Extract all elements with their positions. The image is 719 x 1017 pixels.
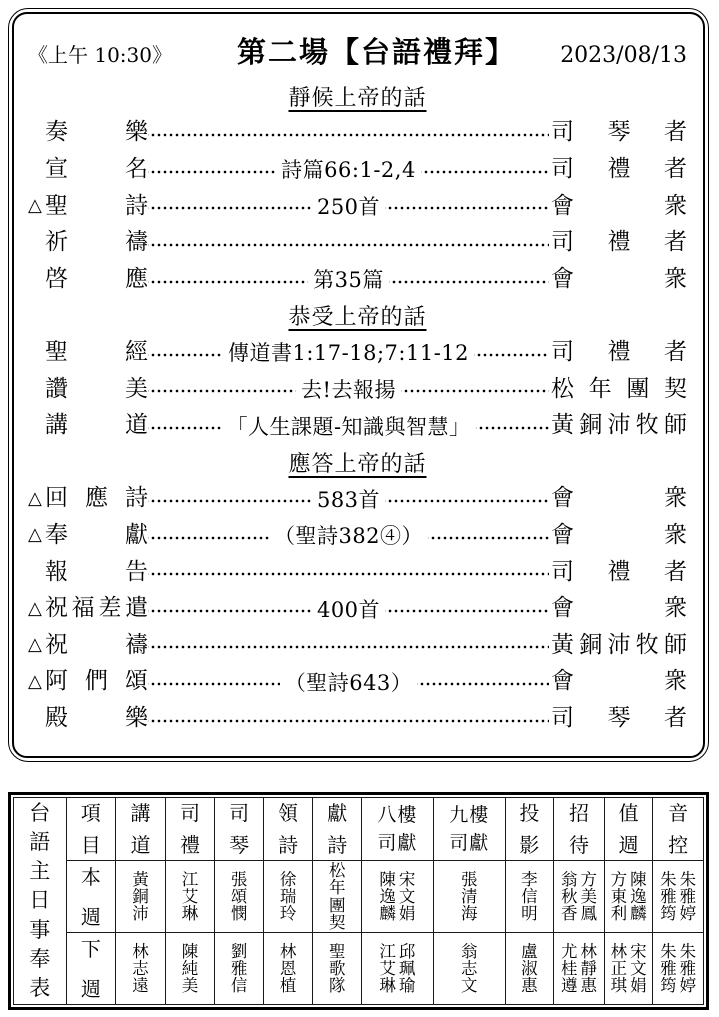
performer-char: 禮 — [608, 158, 631, 181]
duty-name-cell: 方美鳳翁秋香 — [554, 861, 605, 933]
program-item-performer: 司琴者 — [551, 707, 687, 730]
duty-name-cell: 翁志文 — [433, 933, 505, 1005]
label-char: 們 — [85, 670, 108, 693]
header-char: 琴 — [229, 835, 249, 855]
person-name: 張頌憫 — [231, 871, 248, 922]
duty-name-cell-content: 林靜惠尤桂遵 — [554, 933, 604, 1004]
name-char: 正 — [611, 960, 628, 977]
duty-corner-header: 項目 — [67, 803, 116, 855]
name-char: 瑞 — [280, 888, 297, 905]
performer-char: 會 — [551, 268, 574, 291]
dotted-leader — [428, 517, 549, 554]
dotted-leader — [148, 700, 549, 737]
performer-char: 牧 — [636, 414, 659, 437]
name-char: 逸 — [379, 888, 396, 905]
person-name: 劉雅信 — [231, 943, 248, 994]
program-item-detail: 去!去報揚 — [296, 374, 401, 404]
duty-name-cell: 邱珮瑜江艾琳 — [361, 933, 433, 1005]
duty-name-cell: 朱雅婷朱雅筠 — [653, 933, 704, 1005]
name-char: 雅 — [660, 960, 677, 977]
performer-char: 衆 — [664, 597, 687, 620]
name-char: 信 — [521, 888, 538, 905]
name-char: 志 — [461, 960, 478, 977]
dotted-leader — [421, 151, 549, 188]
person-name: 林正琪 — [611, 943, 628, 994]
person-name: 宋文娟 — [399, 871, 416, 922]
name-char: 年 — [329, 879, 346, 896]
duty-header-cell: 九樓司獻 — [433, 798, 505, 861]
name-char: 逸 — [630, 888, 647, 905]
label-char: 告 — [125, 561, 148, 584]
name-char: 美 — [182, 977, 199, 994]
name-char: 東 — [611, 888, 628, 905]
program-row: 聖經傳道書1:17-18;7:11-12司禮者 — [28, 334, 687, 371]
performer-char: 師 — [664, 414, 687, 437]
duty-name-cell-content: 黃銅沛 — [116, 861, 165, 932]
section-heading: 恭受上帝的話 — [288, 300, 426, 331]
week-char: 週 — [81, 907, 101, 927]
label-char: 遣 — [125, 597, 148, 620]
program-item-detail: 「人生課題-知識與智慧」 — [221, 411, 475, 441]
label-char: 祈 — [45, 231, 68, 254]
program-item-detail: 583首 — [312, 484, 385, 514]
person-name: 黃銅沛 — [132, 871, 149, 922]
duty-name-cell: 盧淑惠 — [505, 933, 554, 1005]
duty-name-cell-content: 江艾琳 — [166, 861, 215, 932]
program-row: 殿樂司琴者 — [28, 700, 687, 737]
name-char: 琪 — [611, 977, 628, 994]
dotted-leader — [148, 407, 221, 444]
name-char: 利 — [611, 905, 628, 922]
program-item-performer: 會衆 — [551, 268, 687, 291]
name-char: 雅 — [660, 888, 677, 905]
header-char: 週 — [619, 835, 639, 855]
program-item-detail: 詩篇66:1-2,4 — [276, 154, 421, 184]
duty-header-cell: 八樓司獻 — [361, 798, 433, 861]
program-item-detail: 第35篇 — [308, 264, 389, 294]
performer-char: 牧 — [636, 634, 659, 657]
program-row: △祝福差遣400首會衆 — [28, 590, 687, 627]
duty-name-cell-content: 林恩植 — [264, 933, 313, 1004]
program-item-performer: 會衆 — [551, 195, 687, 218]
performer-char: 司 — [551, 121, 574, 144]
name-char: 翁 — [561, 871, 578, 888]
program-item-performer: 會衆 — [551, 524, 687, 547]
label-char: 美 — [125, 378, 148, 401]
program-item-performer: 司禮者 — [551, 231, 687, 254]
program-sections: 靜候上帝的話奏樂司琴者宣名詩篇66:1-2,4司禮者△聖詩250首會衆祈禱司禮者… — [28, 78, 687, 737]
name-char: 志 — [132, 960, 149, 977]
side-title-char: 表 — [29, 978, 50, 999]
name-char: 朱 — [680, 871, 697, 888]
duty-name-cell: 陳逸麟方東利 — [604, 861, 653, 933]
program-row: △回應詩583首會衆 — [28, 481, 687, 518]
name-char: 宋 — [399, 871, 416, 888]
header-line: 八樓 — [377, 806, 417, 825]
program-item-detail: 傳道書1:17-18;7:11-12 — [223, 337, 474, 367]
dotted-leader — [417, 664, 549, 701]
program-item-performer: 松年團契 — [551, 378, 687, 401]
duty-name-cell-content: 宋文娟陳逸麟 — [362, 861, 433, 932]
label-char: 祝 — [45, 597, 68, 620]
name-char: 劉 — [231, 943, 248, 960]
label-char: 阿 — [45, 670, 68, 693]
name-char: 雅 — [680, 888, 697, 905]
performer-char: 松 — [551, 378, 574, 401]
dotted-leader — [148, 115, 549, 152]
duty-header-cell: 講道 — [116, 798, 166, 861]
label-char: 報 — [45, 561, 68, 584]
program-item-detail: 400首 — [312, 594, 385, 624]
performer-char: 年 — [589, 378, 612, 401]
name-char: 琳 — [379, 977, 396, 994]
person-name: 聖歌隊 — [329, 943, 346, 994]
duty-header-cell: 值週 — [604, 798, 653, 861]
name-char: 林 — [580, 943, 597, 960]
duty-header-row: 台語主日事奉表項目講道司禮司琴領詩獻詩八樓司獻九樓司獻投影招待值週音控 — [14, 798, 704, 861]
performer-char: 會 — [551, 524, 574, 547]
person-name: 林志遠 — [132, 943, 149, 994]
program-item-label: 報告 — [45, 561, 148, 584]
dotted-leader — [148, 261, 308, 298]
name-char: 鳳 — [580, 905, 597, 922]
label-char: 應 — [125, 268, 148, 291]
duty-name-cell-content: 張頌憫 — [215, 861, 263, 932]
performer-char: 黃 — [551, 634, 574, 657]
header-char: 值 — [619, 803, 639, 823]
duty-header-cell: 招待 — [554, 798, 605, 861]
program-row: 啓應第35篇會衆 — [28, 261, 687, 298]
performer-char: 衆 — [664, 670, 687, 693]
service-program-card-inner: 《上午 10:30》 第二場【台語禮拜】 2023/08/13 靜候上帝的話奏樂… — [12, 12, 705, 758]
name-char: 翁 — [461, 943, 478, 960]
duty-name-cell-content: 劉雅信 — [215, 933, 263, 1004]
label-char: 啓 — [45, 268, 68, 291]
header-char: 項 — [81, 803, 101, 823]
name-char: 尤 — [561, 943, 578, 960]
week-char: 下 — [81, 939, 101, 959]
performer-char: 會 — [551, 195, 574, 218]
duty-this-week-row: 本週黃銅沛江艾琳張頌憫徐瑞玲松年團契宋文娟陳逸麟張清海李信明方美鳳翁秋香陳逸麟方… — [14, 861, 704, 933]
label-char: 聖 — [45, 341, 68, 364]
name-char: 桂 — [561, 960, 578, 977]
name-char: 朱 — [660, 943, 677, 960]
name-char: 麟 — [379, 905, 396, 922]
label-char: 聖 — [45, 195, 68, 218]
program-item-performer: 司琴者 — [551, 121, 687, 144]
week-row-header-cell: 本週 — [66, 861, 116, 933]
name-char: 林 — [611, 943, 628, 960]
label-char: 詩 — [125, 195, 148, 218]
duty-column-header: 音控 — [653, 803, 703, 855]
program-item-performer: 司禮者 — [551, 561, 687, 584]
header-char: 控 — [668, 835, 688, 855]
program-item-performer: 會衆 — [551, 597, 687, 620]
name-char: 頌 — [231, 888, 248, 905]
week-char: 週 — [81, 979, 101, 999]
person-name: 林靜惠 — [580, 943, 597, 994]
triangle-marker: △ — [28, 636, 45, 654]
performer-char: 銅 — [579, 634, 602, 657]
name-char: 雅 — [231, 960, 248, 977]
program-item-performer: 黃銅沛牧師 — [551, 414, 687, 437]
name-char: 香 — [561, 905, 578, 922]
performer-char: 禮 — [608, 341, 631, 364]
performer-char: 者 — [664, 707, 687, 730]
name-char: 珮 — [399, 960, 416, 977]
performer-char: 沛 — [608, 414, 631, 437]
program-item-performer: 司禮者 — [551, 158, 687, 181]
name-char: 李 — [521, 871, 538, 888]
duty-header-cell: 司禮 — [165, 798, 215, 861]
label-char: 回 — [45, 487, 68, 510]
duty-next-week-row: 下週林志遠陳純美劉雅信林恩植聖歌隊邱珮瑜江艾琳翁志文盧淑惠林靜惠尤桂遵宋文娟林正… — [14, 933, 704, 1005]
performer-char: 衆 — [664, 524, 687, 547]
duty-header-cell: 音控 — [653, 798, 704, 861]
header-char: 司 — [180, 803, 200, 823]
program-item-label: 講道 — [45, 414, 148, 437]
header-char: 詩 — [278, 835, 298, 855]
duty-name-cell: 宋文娟林正琪 — [604, 933, 653, 1005]
name-char: 淑 — [521, 960, 538, 977]
performer-char: 銅 — [579, 414, 602, 437]
name-char: 雅 — [680, 960, 697, 977]
name-char: 張 — [231, 871, 248, 888]
name-char: 朱 — [680, 943, 697, 960]
label-char: 名 — [125, 158, 148, 181]
dotted-leader — [474, 334, 549, 371]
name-char: 徐 — [280, 871, 297, 888]
section-heading-row: 應答上帝的話 — [28, 444, 687, 481]
performer-char: 者 — [664, 158, 687, 181]
name-char: 惠 — [580, 977, 597, 994]
person-name: 陳逸麟 — [630, 871, 647, 922]
dotted-leader — [148, 664, 280, 701]
performer-char: 團 — [626, 378, 649, 401]
duty-name-cell: 徐瑞玲 — [263, 861, 313, 933]
program-item-label: 宣名 — [45, 158, 148, 181]
performer-char: 衆 — [664, 195, 687, 218]
header-char: 目 — [81, 835, 101, 855]
name-char: 江 — [379, 943, 396, 960]
program-item-detail: 250首 — [312, 191, 385, 221]
performer-char: 司 — [551, 231, 574, 254]
name-char: 靜 — [580, 960, 597, 977]
program-row: 報告司禮者 — [28, 554, 687, 591]
name-char: 文 — [399, 888, 416, 905]
performer-char: 司 — [551, 341, 574, 364]
duty-name-cell-content: 方美鳳翁秋香 — [554, 861, 604, 932]
duty-name-cell-content: 陳逸麟方東利 — [605, 861, 653, 932]
dotted-leader — [148, 517, 269, 554]
program-item-label: 奏樂 — [45, 121, 148, 144]
triangle-marker: △ — [28, 673, 45, 691]
name-char: 朱 — [660, 871, 677, 888]
label-char: 差 — [98, 597, 121, 620]
name-char: 契 — [329, 914, 346, 931]
duty-side-title-cell: 台語主日事奉表 — [14, 798, 67, 1005]
name-char: 娟 — [399, 905, 416, 922]
dotted-leader — [148, 590, 312, 627]
dotted-leader — [148, 188, 312, 225]
header-char: 領 — [278, 803, 298, 823]
program-row: △祝禱黃銅沛牧師 — [28, 627, 687, 664]
triangle-marker: △ — [28, 600, 45, 618]
performer-char: 會 — [551, 487, 574, 510]
person-name: 李信明 — [521, 871, 538, 922]
duty-name-cell: 林恩植 — [263, 933, 313, 1005]
program-item-label: 祝福差遣 — [45, 597, 148, 620]
name-char: 銅 — [132, 888, 149, 905]
name-char: 文 — [461, 977, 478, 994]
label-char: 講 — [45, 414, 68, 437]
dotted-leader — [148, 151, 276, 188]
name-char: 恩 — [280, 960, 297, 977]
label-char: 詩 — [125, 487, 148, 510]
header-char: 講 — [130, 803, 150, 823]
duty-column-header: 講道 — [116, 803, 165, 855]
label-char: 頌 — [125, 670, 148, 693]
name-char: 娟 — [630, 977, 647, 994]
performer-char: 禮 — [608, 561, 631, 584]
side-title-char: 奉 — [29, 949, 50, 970]
duty-column-header: 投影 — [506, 803, 554, 855]
duty-name-cell: 江艾琳 — [165, 861, 215, 933]
label-char: 獻 — [125, 524, 148, 547]
duty-name-cell: 黃銅沛 — [116, 861, 166, 933]
dotted-leader — [401, 371, 549, 408]
dotted-leader — [385, 481, 549, 518]
label-char: 殿 — [45, 707, 68, 730]
triangle-marker: △ — [28, 526, 45, 544]
duty-name-cell-content: 松年團契 — [313, 861, 361, 932]
header-char: 投 — [519, 803, 539, 823]
duty-name-cell-content: 邱珮瑜江艾琳 — [362, 933, 433, 1004]
program-row: 講道「人生課題-知識與智慧」黃銅沛牧師 — [28, 407, 687, 444]
name-char: 筠 — [660, 905, 677, 922]
section-heading-row: 靜候上帝的話 — [28, 78, 687, 115]
label-char: 樂 — [125, 121, 148, 144]
performer-char: 禮 — [608, 231, 631, 254]
label-char: 宣 — [45, 158, 68, 181]
week-char: 本 — [81, 867, 101, 887]
header-char: 待 — [569, 835, 589, 855]
label-char: 道 — [125, 414, 148, 437]
performer-char: 契 — [664, 378, 687, 401]
performer-char: 者 — [664, 231, 687, 254]
program-row: 宣名詩篇66:1-2,4司禮者 — [28, 151, 687, 188]
side-title-char: 事 — [29, 920, 50, 941]
name-char: 筠 — [660, 977, 677, 994]
side-title-char: 語 — [29, 832, 50, 853]
name-char: 秋 — [561, 888, 578, 905]
program-item-detail: （聖詩643） — [280, 667, 418, 697]
person-name: 方東利 — [611, 871, 628, 922]
duty-header-cell: 投影 — [505, 798, 554, 861]
name-char: 聖 — [329, 943, 346, 960]
performer-char: 者 — [664, 121, 687, 144]
person-name: 朱雅婷 — [680, 871, 697, 922]
duty-name-cell-content: 林志遠 — [116, 933, 165, 1004]
dotted-leader — [148, 627, 549, 664]
person-name: 江艾琳 — [379, 943, 396, 994]
header-char: 司 — [229, 803, 249, 823]
duty-name-cell: 李信明 — [505, 861, 554, 933]
duty-name-cell: 松年團契 — [313, 861, 362, 933]
duty-name-cell: 聖歌隊 — [313, 933, 362, 1005]
program-item-performer: 會衆 — [551, 487, 687, 510]
duty-name-cell: 陳純美 — [165, 933, 215, 1005]
name-char: 海 — [461, 905, 478, 922]
duty-column-header: 招待 — [554, 803, 604, 855]
duty-name-cell: 劉雅信 — [215, 933, 264, 1005]
duty-column-header: 司禮 — [166, 803, 215, 855]
side-title-char: 日 — [29, 890, 50, 911]
program-header: 《上午 10:30》 第二場【台語禮拜】 2023/08/13 — [28, 30, 687, 76]
duty-corner-cell: 項目 — [66, 798, 116, 861]
performer-char: 司 — [551, 707, 574, 730]
duty-name-cell: 張頌憫 — [215, 861, 264, 933]
section-heading: 應答上帝的話 — [288, 447, 426, 478]
dotted-leader — [148, 224, 549, 261]
name-char: 信 — [231, 977, 248, 994]
duty-name-cell-content: 翁志文 — [434, 933, 505, 1004]
program-item-label: 聖經 — [45, 341, 148, 364]
performer-char: 者 — [664, 561, 687, 584]
duty-name-cell: 林靜惠尤桂遵 — [554, 933, 605, 1005]
name-char: 團 — [329, 897, 346, 914]
performer-char: 沛 — [608, 634, 631, 657]
program-item-performer: 司禮者 — [551, 341, 687, 364]
label-char: 禱 — [125, 634, 148, 657]
label-char: 讚 — [45, 378, 68, 401]
person-name: 陳逸麟 — [379, 871, 396, 922]
performer-char: 師 — [664, 634, 687, 657]
service-program-card: 《上午 10:30》 第二場【台語禮拜】 2023/08/13 靜候上帝的話奏樂… — [8, 8, 709, 762]
program-item-label: 祝禱 — [45, 634, 148, 657]
program-row: △聖詩250首會衆 — [28, 188, 687, 225]
label-char: 樂 — [125, 707, 148, 730]
program-item-label: 奉獻 — [45, 524, 148, 547]
name-char: 明 — [521, 905, 538, 922]
name-char: 艾 — [379, 960, 396, 977]
name-char: 歌 — [329, 960, 346, 977]
dotted-leader — [476, 407, 549, 444]
dotted-leader — [385, 590, 549, 627]
name-char: 張 — [461, 871, 478, 888]
performer-char: 會 — [551, 597, 574, 620]
person-name: 盧淑惠 — [521, 943, 538, 994]
program-item-performer: 黃銅沛牧師 — [551, 634, 687, 657]
duty-table: 台語主日事奉表項目講道司禮司琴領詩獻詩八樓司獻九樓司獻投影招待值週音控本週黃銅沛… — [13, 797, 704, 1005]
name-char: 美 — [580, 888, 597, 905]
person-name: 朱雅筠 — [660, 871, 677, 922]
duty-column-header: 值週 — [605, 803, 653, 855]
duty-name-cell-content: 盧淑惠 — [506, 933, 554, 1004]
program-item-detail: （聖詩382④） — [269, 520, 428, 550]
header-char: 影 — [519, 835, 539, 855]
performer-char: 司 — [551, 158, 574, 181]
label-char: 經 — [125, 341, 148, 364]
header-line: 司獻 — [377, 834, 417, 853]
name-char: 宋 — [630, 943, 647, 960]
duty-name-cell: 朱雅婷朱雅筠 — [653, 861, 704, 933]
person-name: 翁秋香 — [561, 871, 578, 922]
dotted-leader — [148, 371, 296, 408]
program-item-label: 殿樂 — [45, 707, 148, 730]
performer-char: 黃 — [551, 414, 574, 437]
duty-header-cell: 領詩 — [263, 798, 313, 861]
